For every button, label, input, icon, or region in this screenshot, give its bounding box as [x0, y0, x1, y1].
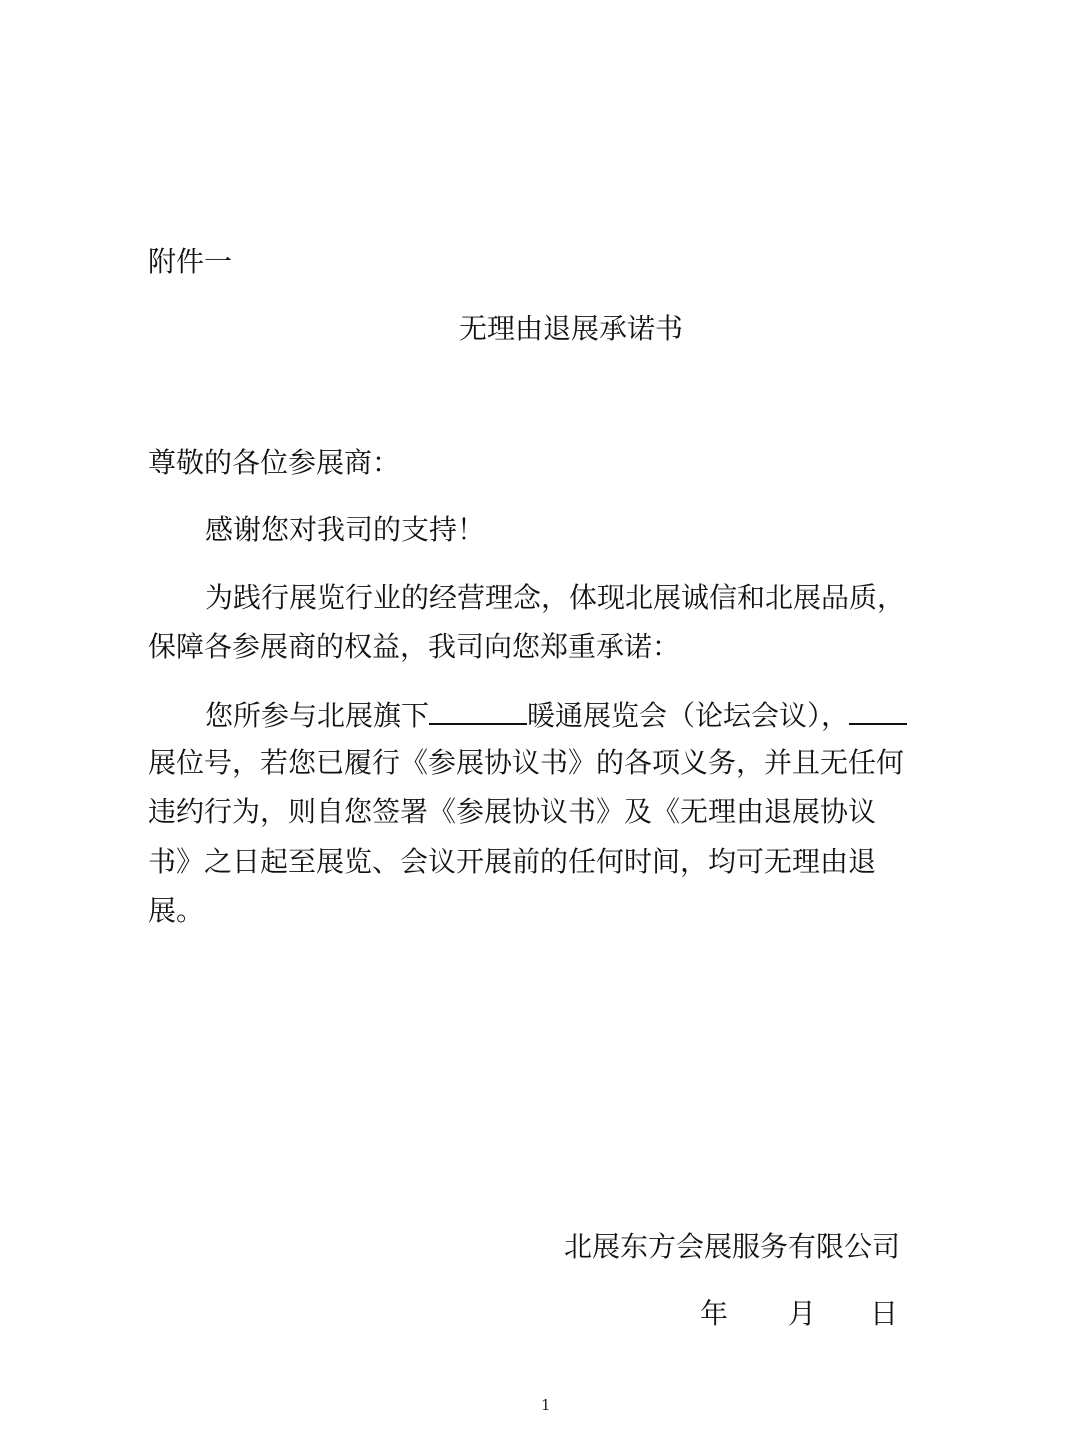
thanks-paragraph: 感谢您对我司的支持！ — [205, 513, 485, 547]
purpose-paragraph-line-2: 保障各参展商的权益，我司向您郑重承诺： — [148, 630, 680, 664]
date-year-label: 年 — [700, 1297, 728, 1331]
promise-text-b: 暖通展览会（论坛会议）， — [527, 699, 849, 732]
salutation: 尊敬的各位参展商： — [148, 446, 400, 480]
promise-paragraph-line-3: 违约行为，则自您签署《参展协议书》及《无理由退展协议 — [148, 795, 876, 829]
promise-text-a: 您所参与北展旗下 — [205, 699, 429, 732]
purpose-paragraph-line-1: 为践行展览行业的经营理念，体现北展诚信和北展品质， — [205, 581, 905, 615]
page-number: 1 — [541, 1396, 551, 1414]
booth-number-blank — [849, 697, 907, 725]
promise-paragraph-line-5: 展。 — [148, 894, 204, 928]
signature-company: 北展东方会展服务有限公司 — [564, 1230, 900, 1264]
document-title: 无理由退展承诺书 — [459, 312, 683, 346]
promise-paragraph-line-2: 展位号，若您已履行《参展协议书》的各项义务，并且无任何 — [148, 746, 904, 780]
date-day-label: 日 — [870, 1297, 898, 1331]
exhibition-name-blank — [429, 697, 527, 725]
document-page: 附件一 无理由退展承诺书 尊敬的各位参展商： 感谢您对我司的支持！ 为践行展览行… — [0, 0, 1078, 1434]
promise-paragraph-line-1: 您所参与北展旗下暖通展览会（论坛会议）， — [205, 697, 907, 733]
promise-paragraph-line-4: 书》之日起至展览、会议开展前的任何时间，均可无理由退 — [148, 845, 876, 879]
attachment-label: 附件一 — [148, 245, 232, 279]
date-month-label: 月 — [788, 1297, 816, 1331]
